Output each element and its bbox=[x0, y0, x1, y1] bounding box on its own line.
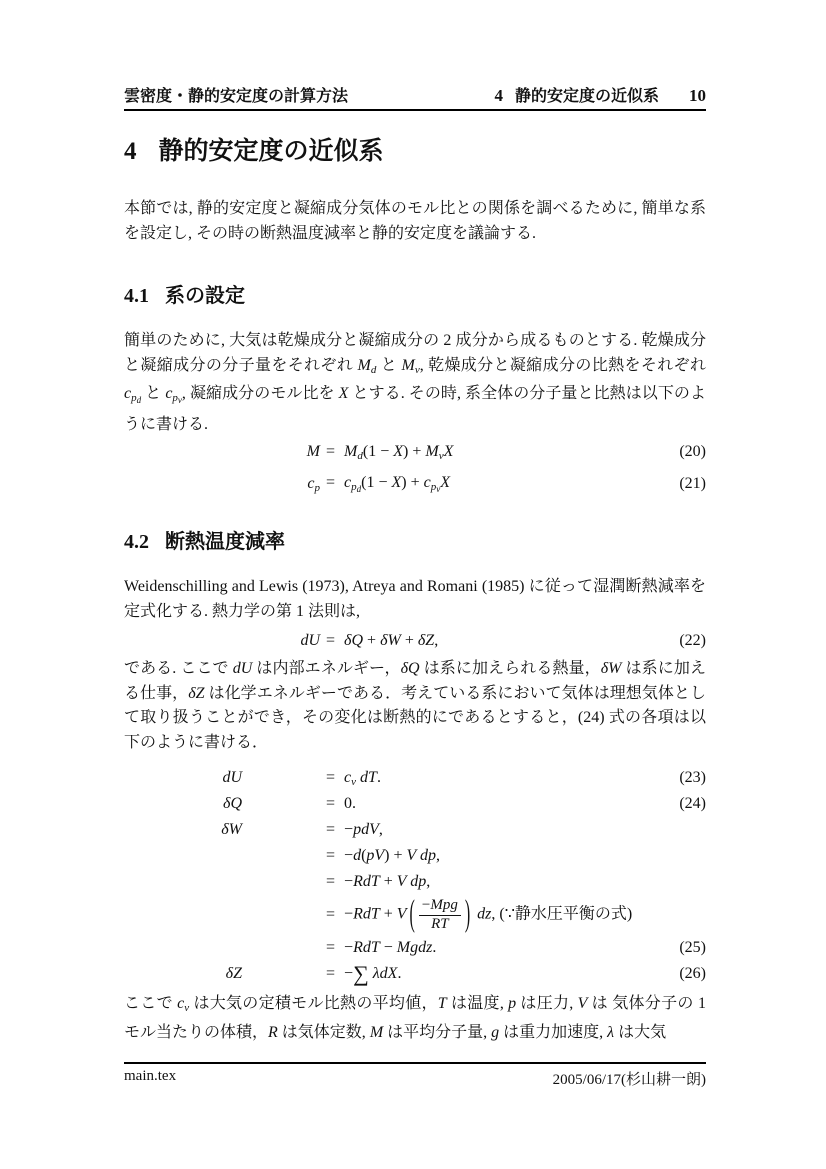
equation-block-20-21: M =Md(1 − X) + MvX (20) cp =cpd(1 − X) +… bbox=[124, 436, 706, 500]
paragraph-first-law: である. ここで dU は内部エネルギー，δQ は系に加えられる熱量，δW は系… bbox=[124, 657, 706, 755]
equation-number: (24) bbox=[648, 795, 706, 813]
subsection-heading-4-1: 4.1 系の設定 bbox=[124, 285, 245, 306]
equation-23: dU =cv dT. (23) bbox=[124, 765, 706, 791]
header-rule bbox=[124, 109, 706, 111]
equation-25-line-5: =−RdT − Mgdz. (25) bbox=[124, 935, 706, 961]
footer-rule bbox=[124, 1062, 706, 1064]
equation-26: δZ =−∑ λdX. (26) bbox=[124, 961, 706, 987]
equation-rhs: =−pdV, bbox=[326, 821, 648, 839]
equation-lhs: δW bbox=[124, 821, 326, 839]
equation-rhs: =δQ + δW + δZ, bbox=[326, 632, 648, 650]
section-heading: 4 静的安定度の近似系 bbox=[124, 138, 384, 164]
header-section: 4 静的安定度の近似系 bbox=[494, 83, 659, 106]
equation-rhs: =−RdT + V dp, bbox=[326, 873, 648, 891]
equation-21: cp =cpd(1 − X) + cpvX (21) bbox=[124, 468, 706, 500]
header-section-title: 静的安定度の近似系 bbox=[515, 83, 659, 106]
equation-20: M =Md(1 − X) + MvX (20) bbox=[124, 436, 706, 468]
equation-25-line-3: =−RdT + V dp, bbox=[124, 869, 706, 895]
equation-rhs: =−RdT + V(−MpgRT) dz, (∵静水圧平衡の式) bbox=[326, 897, 648, 933]
equation-rhs: =Md(1 − X) + MvX bbox=[326, 443, 648, 462]
equation-24: δQ =0. (24) bbox=[124, 791, 706, 817]
equation-25-line-2: =−d(pV) + V dp, bbox=[124, 843, 706, 869]
intro-paragraph: 本節では, 静的安定度と凝縮成分気体のモル比との関係を調べるために, 簡単な系を… bbox=[124, 197, 706, 246]
footer-file-name: main.tex bbox=[124, 1068, 176, 1089]
page-footer: main.tex 2005/06/17(杉山耕一朗) bbox=[124, 1068, 706, 1089]
equation-lhs: δZ bbox=[124, 965, 326, 983]
equation-number: (21) bbox=[648, 475, 706, 493]
equation-number: (25) bbox=[648, 939, 706, 957]
header-section-number: 4 bbox=[494, 86, 503, 106]
section-number: 4 bbox=[124, 139, 137, 164]
equation-rhs: =−∑ λdX. bbox=[326, 963, 648, 985]
equation-number: (22) bbox=[648, 632, 706, 650]
subsection-title: 系の設定 bbox=[165, 285, 245, 305]
section-title: 静的安定度の近似系 bbox=[159, 138, 384, 163]
paragraph-system-setup: 簡単のために, 大気は乾燥成分と凝縮成分の 2 成分から成るものとする. 乾燥成… bbox=[124, 329, 706, 437]
equation-number: (26) bbox=[648, 965, 706, 983]
subsection-heading-4-2: 4.2 断熱温度減率 bbox=[124, 531, 285, 552]
equation-25-line-4: =−RdT + V(−MpgRT) dz, (∵静水圧平衡の式) bbox=[124, 895, 706, 935]
running-header: 雲密度・静的安定度の計算方法 4 静的安定度の近似系 10 bbox=[124, 83, 706, 106]
header-page-number: 10 bbox=[689, 86, 706, 106]
equation-25-line-1: δW =−pdV, bbox=[124, 817, 706, 843]
equation-lhs: M bbox=[124, 443, 326, 461]
equation-rhs: =0. bbox=[326, 795, 648, 813]
equation-lhs: cp bbox=[124, 475, 326, 494]
equation-lhs: dU bbox=[124, 632, 326, 650]
equation-rhs: =−d(pV) + V dp, bbox=[326, 847, 648, 865]
equation-number: (23) bbox=[648, 769, 706, 787]
document-page: 雲密度・静的安定度の計算方法 4 静的安定度の近似系 10 4 静的安定度の近似… bbox=[0, 0, 826, 1169]
equation-lhs: dU bbox=[124, 769, 326, 787]
equation-rhs: =cv dT. bbox=[326, 769, 648, 788]
paragraph-symbol-definitions: ここで cv は大気の定積モル比熱の平均値，T は温度, p は圧力, V は … bbox=[124, 992, 706, 1045]
equation-22: dU =δQ + δW + δZ, (22) bbox=[124, 627, 706, 655]
equation-block-23-26: dU =cv dT. (23) δQ =0. (24) δW =−pdV, =−… bbox=[124, 765, 706, 987]
equation-block-22: dU =δQ + δW + δZ, (22) bbox=[124, 627, 706, 655]
equation-lhs: δQ bbox=[124, 795, 326, 813]
footer-date-author: 2005/06/17(杉山耕一朗) bbox=[553, 1068, 706, 1089]
paragraph-references: Weidenschilling and Lewis (1973), Atreya… bbox=[124, 575, 706, 624]
subsection-number: 4.1 bbox=[124, 286, 149, 306]
equation-number: (20) bbox=[648, 443, 706, 461]
equation-rhs: =cpd(1 − X) + cpvX bbox=[326, 474, 648, 494]
equation-rhs: =−RdT − Mgdz. bbox=[326, 939, 648, 957]
header-doc-title: 雲密度・静的安定度の計算方法 bbox=[124, 83, 348, 106]
subsection-title: 断熱温度減率 bbox=[165, 531, 285, 551]
subsection-number: 4.2 bbox=[124, 532, 149, 552]
